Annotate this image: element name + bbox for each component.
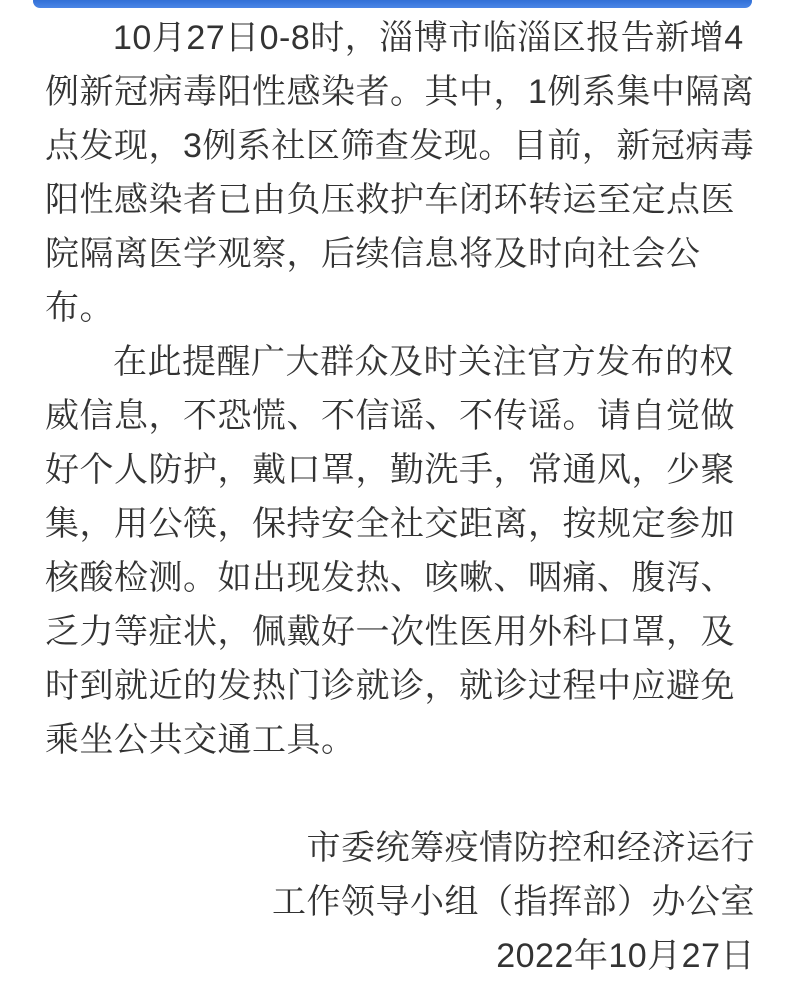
body-line: 集，用公筷，保持安全社交距离，按规定参加 — [45, 497, 755, 551]
body-line: 威信息，不恐慌、不信谣、不传谣。请自觉做 — [45, 389, 755, 443]
paragraph-gap — [45, 767, 755, 821]
body-line: 布。 — [45, 281, 755, 335]
signature-office-line: 工作领导小组（指挥部）办公室 — [45, 875, 755, 929]
body-line: 点发现，3例系社区筛查发现。目前，新冠病毒 — [45, 119, 755, 173]
body-line: 例新冠病毒阳性感染者。其中，1例系集中隔离 — [45, 65, 755, 119]
body-line: 在此提醒广大群众及时关注官方发布的权 — [45, 335, 755, 389]
body-line: 院隔离医学观察，后续信息将及时向社会公 — [45, 227, 755, 281]
body-line: 核酸检测。如出现发热、咳嗽、咽痛、腹泻、 — [45, 551, 755, 605]
body-line: 时到就近的发热门诊就诊，就诊过程中应避免 — [45, 659, 755, 713]
body-line: 好个人防护，戴口罩，勤洗手，常通风，少聚 — [45, 443, 755, 497]
announcement-body: 10月27日0-8时，淄博市临淄区报告新增4 例新冠病毒阳性感染者。其中，1例系… — [45, 11, 755, 767]
signature-date-line: 2022年10月27日 — [45, 929, 755, 983]
body-line: 乏力等症状，佩戴好一次性医用外科口罩，及 — [45, 605, 755, 659]
top-accent-bar — [33, 0, 752, 8]
signature-block: 市委统筹疫情防控和经济运行 工作领导小组（指挥部）办公室 2022年10月27日 — [45, 821, 755, 983]
screenshot-root: { "page": { "background_color": "#ffffff… — [0, 0, 800, 1006]
announcement-document: 10月27日0-8时，淄博市临淄区报告新增4 例新冠病毒阳性感染者。其中，1例系… — [45, 11, 755, 983]
body-line: 乘坐公共交通工具。 — [45, 713, 755, 767]
body-line: 阳性感染者已由负压救护车闭环转运至定点医 — [45, 173, 755, 227]
signature-org-line: 市委统筹疫情防控和经济运行 — [45, 821, 755, 875]
body-line: 10月27日0-8时，淄博市临淄区报告新增4 — [45, 11, 755, 65]
